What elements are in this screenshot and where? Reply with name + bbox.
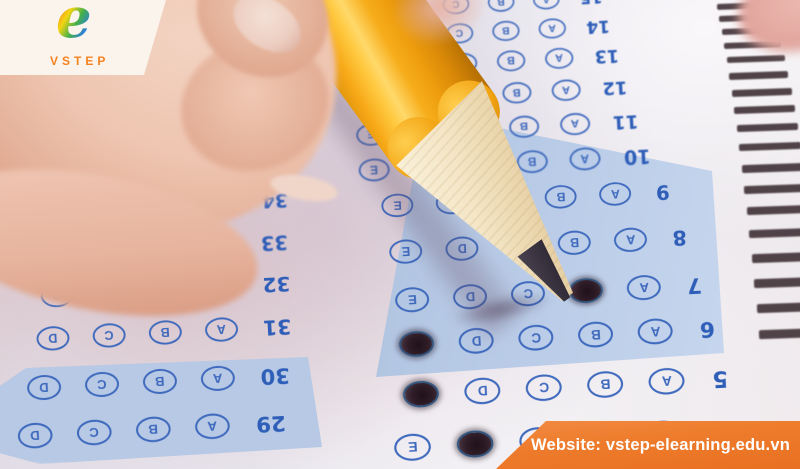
timing-mark [744,183,800,193]
timing-mark [741,162,800,172]
bubble-D: D [36,326,70,352]
bubble-A: A [200,366,235,393]
bubble-D: D [464,377,501,405]
bubble-B: B [135,416,171,443]
row-number: 6 [699,316,715,341]
row-number: 7 [687,273,703,298]
row-number: 31 [262,315,292,340]
row-number: 10 [623,145,651,168]
bubble-A: A [648,368,685,396]
bubble-B: B [587,371,624,399]
bubble-B: B [496,50,525,72]
bubble-A: A [599,182,632,207]
logo-wordmark: VSTEP [50,54,109,68]
timing-mark [759,328,800,340]
row-number: 29 [255,411,286,437]
row-number: 11 [612,111,639,133]
timing-mark [746,205,800,215]
bubble-B: B [142,369,177,396]
bubble-row: 31ABCD [0,310,292,358]
bubble-A: A [559,113,590,137]
row-number: 33 [260,231,288,254]
bubble-D: D [17,422,53,449]
row-number: 30 [260,363,290,388]
row-number: 32 [262,272,291,296]
timing-mark [739,142,800,152]
timing-mark [736,123,798,132]
bubble-A: A [204,317,238,343]
answer-sheet-photo: 37ABCD36ABCD35ABCD34ABCD33ABCD32ABCD31AB… [0,0,800,469]
timing-mark [756,302,800,313]
row-number: 9 [655,180,670,203]
bubble-C: C [525,374,562,402]
bubble-C: C [84,372,119,399]
row-number: 13 [594,46,619,67]
bubble-B: B [492,21,520,42]
bubble-D-filled [456,430,494,459]
row-number: 8 [672,226,687,250]
timing-mark [754,276,800,287]
vstep-logo-badge: e VSTEP [0,0,166,75]
bubble-B: B [578,321,614,349]
bubble-A: A [532,0,560,10]
timing-mark [751,252,800,263]
timing-mark [729,71,788,80]
logo-e-icon: e [56,0,92,46]
row-number: 14 [586,16,610,36]
bubble-A: A [551,79,581,102]
bubble-E: E [394,433,432,462]
bubble-A: A [627,275,662,302]
timing-mark [734,105,795,114]
bubble-C: C [92,323,126,349]
bubble-B: B [487,0,515,13]
bubble-A: A [544,48,573,70]
row-number: 5 [712,366,729,392]
website-banner: Website: vstep-elearning.edu.vn [496,421,800,469]
bubble-C: C [76,419,112,446]
bubble-D: D [26,375,61,402]
timing-mark [731,87,791,96]
timing-mark [749,228,800,239]
bubble-A: A [194,413,230,440]
bubble-A: A [569,147,601,171]
row-number: 15 [579,0,603,8]
bubble-E-filled [403,380,440,408]
website-label: Website: vstep-elearning.edu.vn [531,436,790,455]
bubble-E: E [395,287,430,314]
bubble-A: A [637,318,673,346]
row-number: 12 [602,77,628,99]
bubble-E-filled [399,331,435,359]
timing-mark [726,55,784,63]
bubble-A: A [614,227,648,253]
bubble-B: B [148,320,182,346]
bubble-A: A [538,18,566,39]
